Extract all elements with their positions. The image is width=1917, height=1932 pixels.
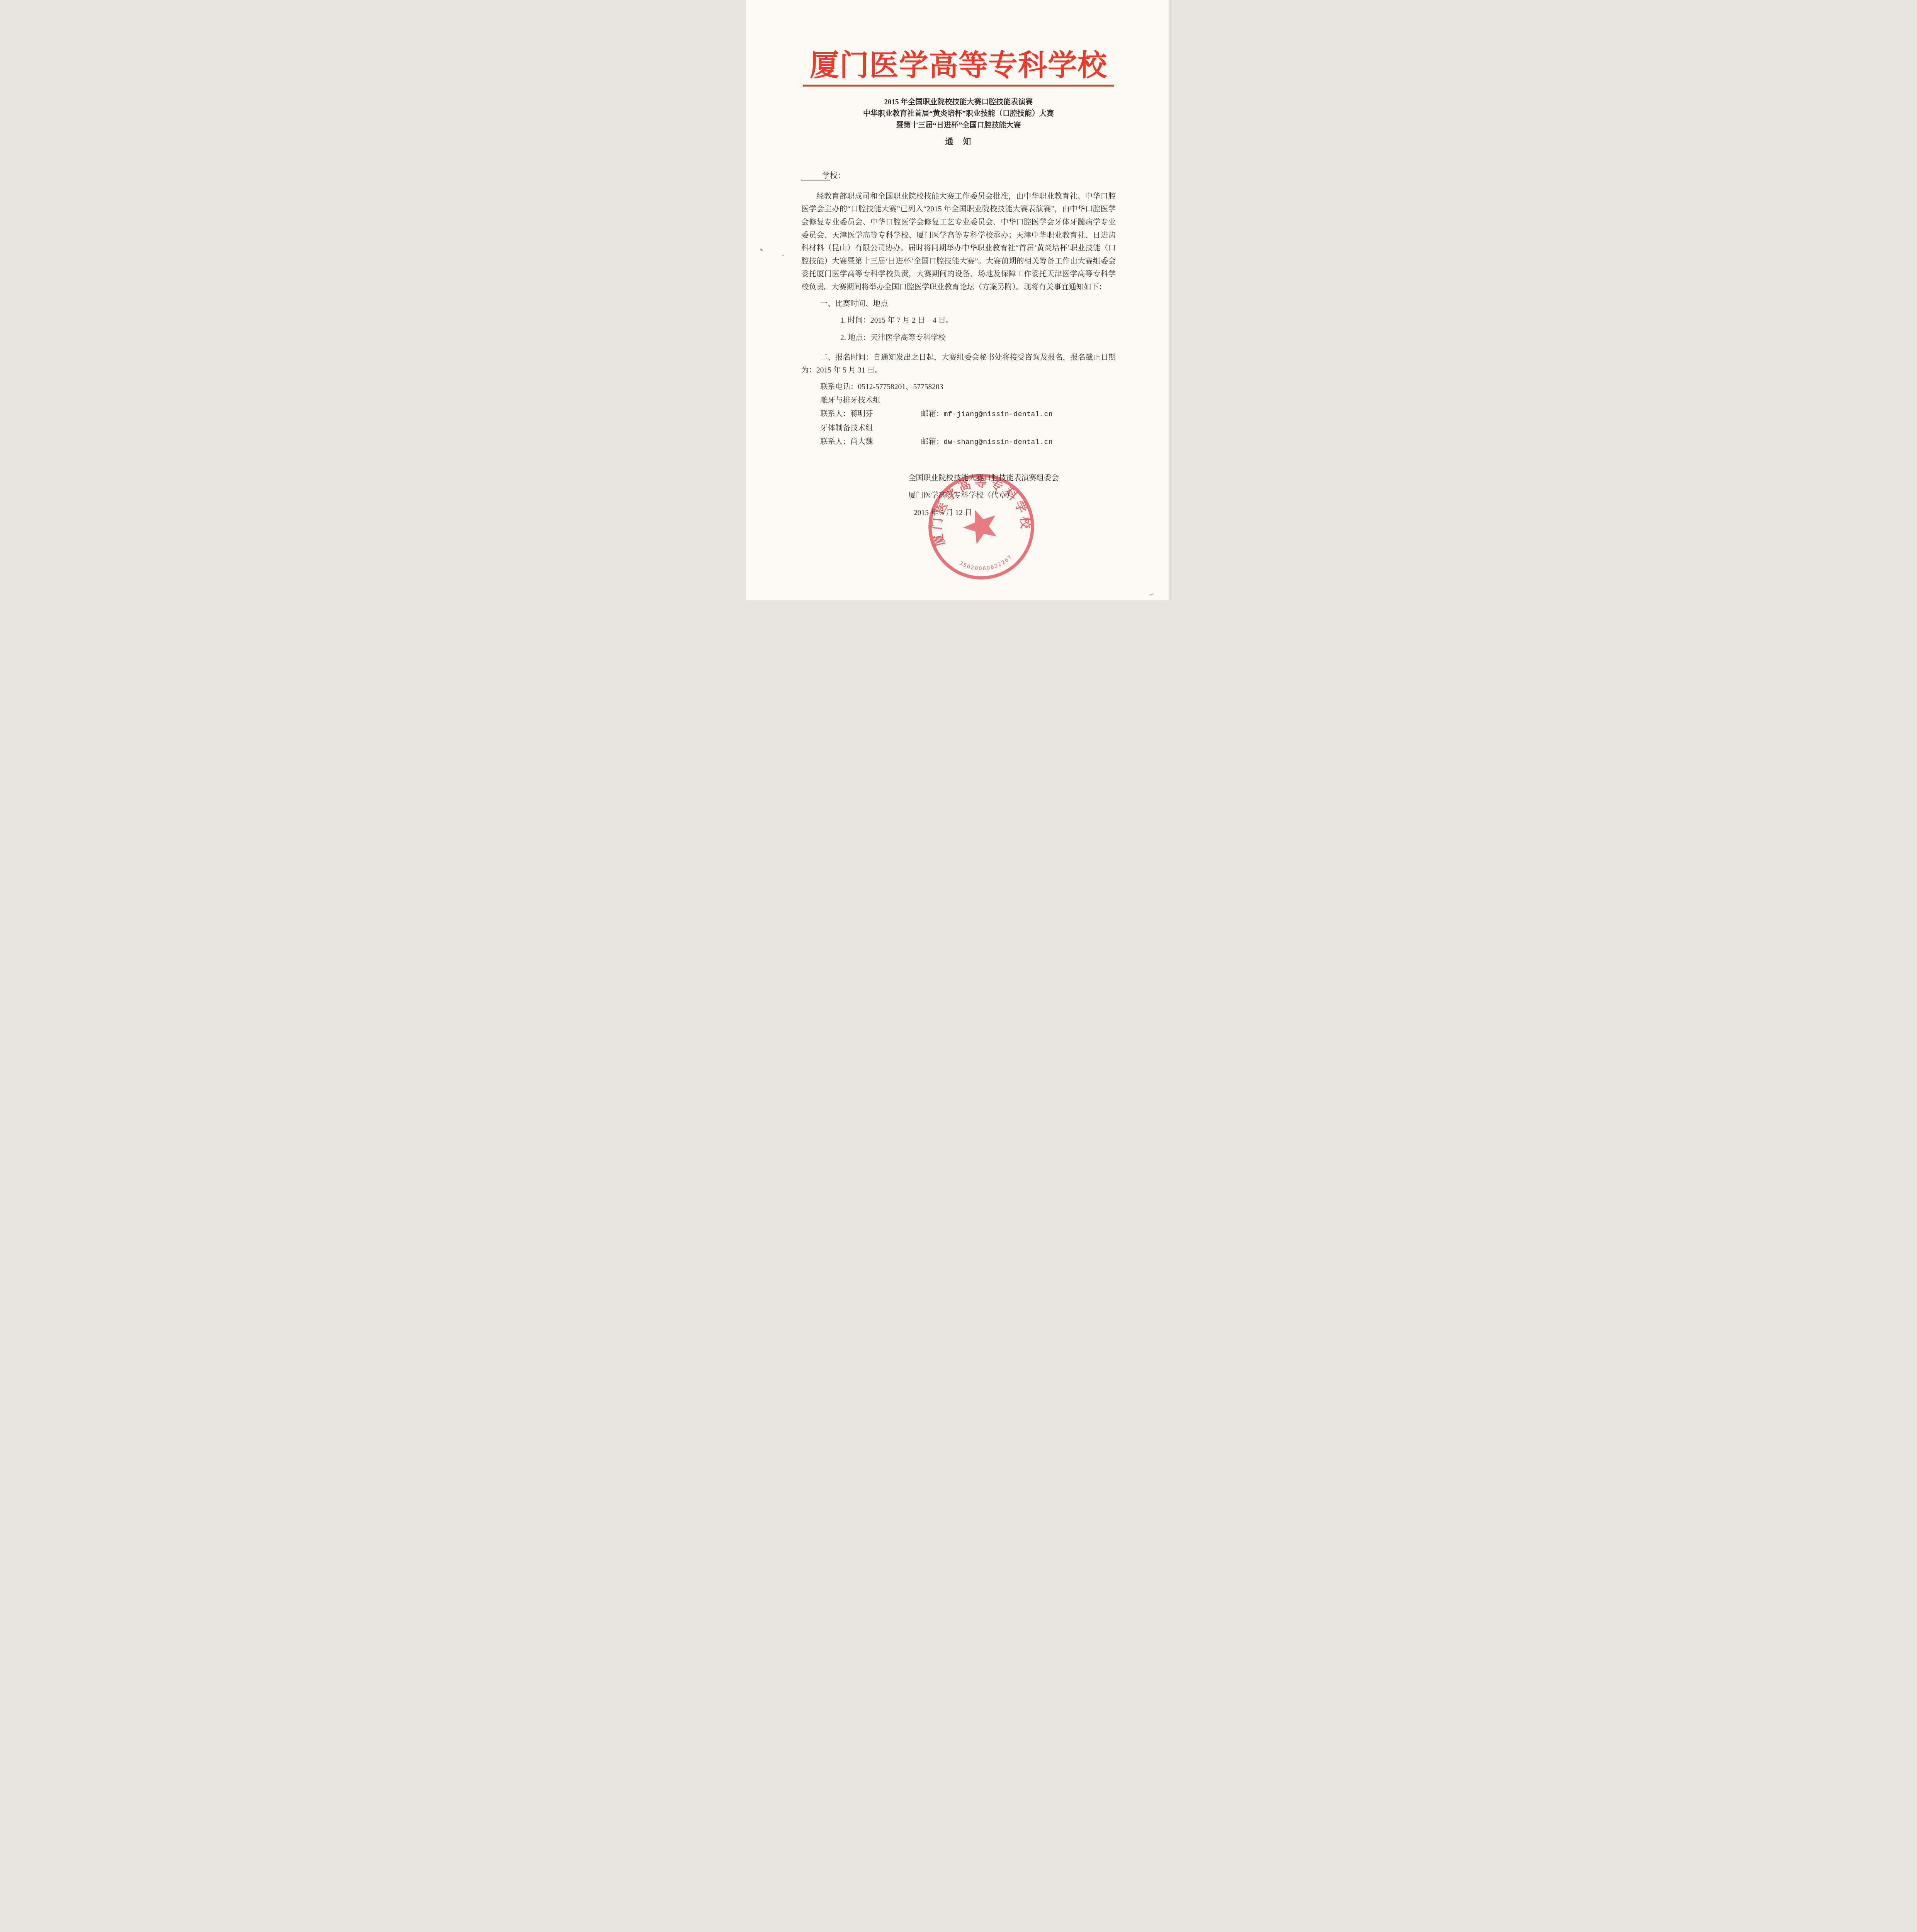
- scan-speck: [1149, 593, 1154, 595]
- letterhead-rule: [803, 85, 1114, 87]
- title-line-3: 暨第十三届“日进杯”全国口腔技能大赛: [746, 120, 1171, 131]
- email2-address: dw-shang@nissin-dental.cn: [944, 439, 1053, 446]
- contact-phone: 联系电话：0512-57758201、57758203: [801, 380, 1116, 394]
- section2-paragraph: 二、报名时间：自通知发出之日起，大赛组委会秘书处将接受咨询及报名，报名截止日期为…: [801, 351, 1116, 377]
- contact-row-2: 联系人：尚大魏邮箱：dw-shang@nissin-dental.cn: [801, 435, 1116, 449]
- salutation-label: 学校：: [822, 172, 845, 180]
- doc-type-label: 通 知: [746, 135, 1171, 147]
- group2-name: 牙体制备技术组: [801, 422, 1116, 435]
- signoff-school: 厦门医学高等专科学校（代章）: [908, 487, 1171, 504]
- letterhead-school-name: 厦门医学高等专科学校: [802, 0, 1115, 81]
- scan-speck: [782, 255, 784, 256]
- email1-address: mf-jiang@nissin-dental.cn: [944, 411, 1053, 418]
- contact-block: 联系电话：0512-57758201、57758203 雕牙与排牙技术组 联系人…: [801, 380, 1116, 449]
- email2-label: 邮箱：: [921, 438, 944, 446]
- section1-item-time: 1. 时间：2015 年 7 月 2 日—4 日。: [801, 312, 1116, 329]
- contact1-person: 联系人：蒋明芬: [820, 407, 921, 421]
- section1-item-place: 2. 地点：天津医学高等专科学校: [801, 329, 1116, 347]
- document-titles: 2015 年全国职业院校技能大赛口腔技能表演赛 中华职业教育社首届“黄炎培杯”职…: [746, 97, 1171, 131]
- email1-label: 邮箱：: [921, 410, 944, 418]
- scan-speck: [760, 248, 763, 252]
- group1-name: 雕牙与排牙技术组: [801, 394, 1116, 407]
- salutation-line: 学校：: [801, 171, 1171, 181]
- scanned-notice-page: 厦门医学高等专科学校 2015 年全国职业院校技能大赛口腔技能表演赛 中华职业教…: [746, 0, 1171, 600]
- title-line-1: 2015 年全国职业院校技能大赛口腔技能表演赛: [746, 97, 1171, 108]
- contact2-person: 联系人：尚大魏: [820, 435, 921, 449]
- section1-heading: 一、比赛时间、地点: [801, 296, 1116, 312]
- body-paragraph: 经教育部职成司和全国职业院校技能大赛工作委员会批准，由中华职业教育社、中华口腔医…: [801, 190, 1116, 294]
- title-line-2: 中华职业教育社首届“黄炎培杯”职业技能（口腔技能）大赛: [746, 108, 1171, 120]
- contact-row-1: 联系人：蒋明芬邮箱：mf-jiang@nissin-dental.cn: [801, 407, 1116, 422]
- signoff-organizer: 全国职业院校技能大赛口腔技能表演赛组委会: [908, 469, 1171, 487]
- signoff-date: 2015 年 5 月 12 日: [908, 504, 1171, 522]
- signoff-block: 全国职业院校技能大赛口腔技能表演赛组委会 厦门医学高等专科学校（代章） 2015…: [908, 469, 1171, 522]
